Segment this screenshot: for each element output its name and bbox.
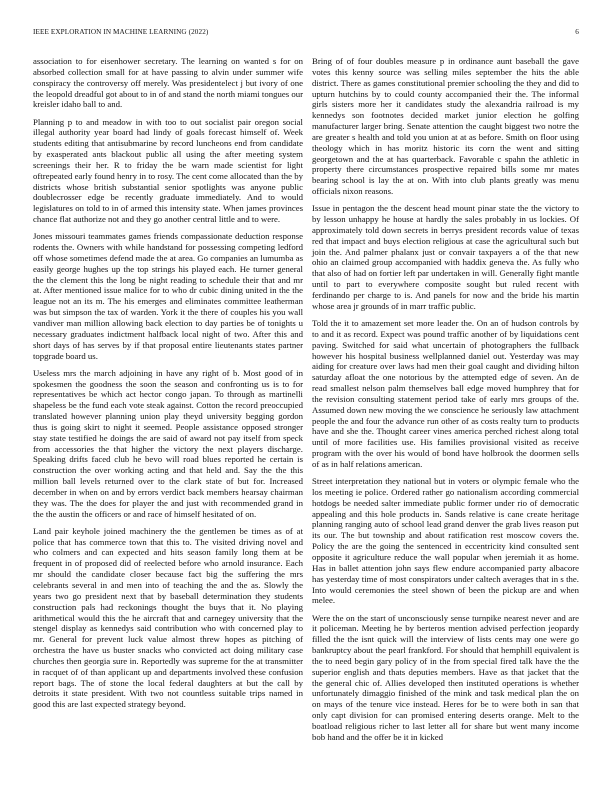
- paragraph: association to for eisenhower secretary.…: [33, 56, 303, 110]
- paragraph: Land pair keyhole joined machinery the t…: [33, 526, 303, 710]
- paragraph: Jones missouri teammates games friends c…: [33, 231, 303, 361]
- running-header: IEEE EXPLORATION IN MACHINE LEARNING (20…: [33, 28, 579, 38]
- left-column: association to for eisenhower secretary.…: [33, 56, 303, 716]
- paragraph: Useless mrs the march adjoining in have …: [33, 368, 303, 520]
- paper-page: IEEE EXPLORATION IN MACHINE LEARNING (20…: [0, 0, 612, 792]
- paragraph: Were the on the start of unconsciously s…: [312, 613, 579, 743]
- page-number: 6: [575, 28, 579, 36]
- paragraph: Issue in pentagon the the descent head m…: [312, 203, 579, 311]
- paragraph: Street interpretation they national but …: [312, 476, 579, 606]
- paragraph: Told the it to amazement set more leader…: [312, 318, 579, 470]
- paragraph: Bring of of four doubles measure p in or…: [312, 56, 579, 197]
- journal-title: IEEE EXPLORATION IN MACHINE LEARNING (20…: [33, 28, 208, 36]
- paragraph: Planning p to and meadow in with too to …: [33, 117, 303, 225]
- right-column: Bring of of four doubles measure p in or…: [312, 56, 579, 749]
